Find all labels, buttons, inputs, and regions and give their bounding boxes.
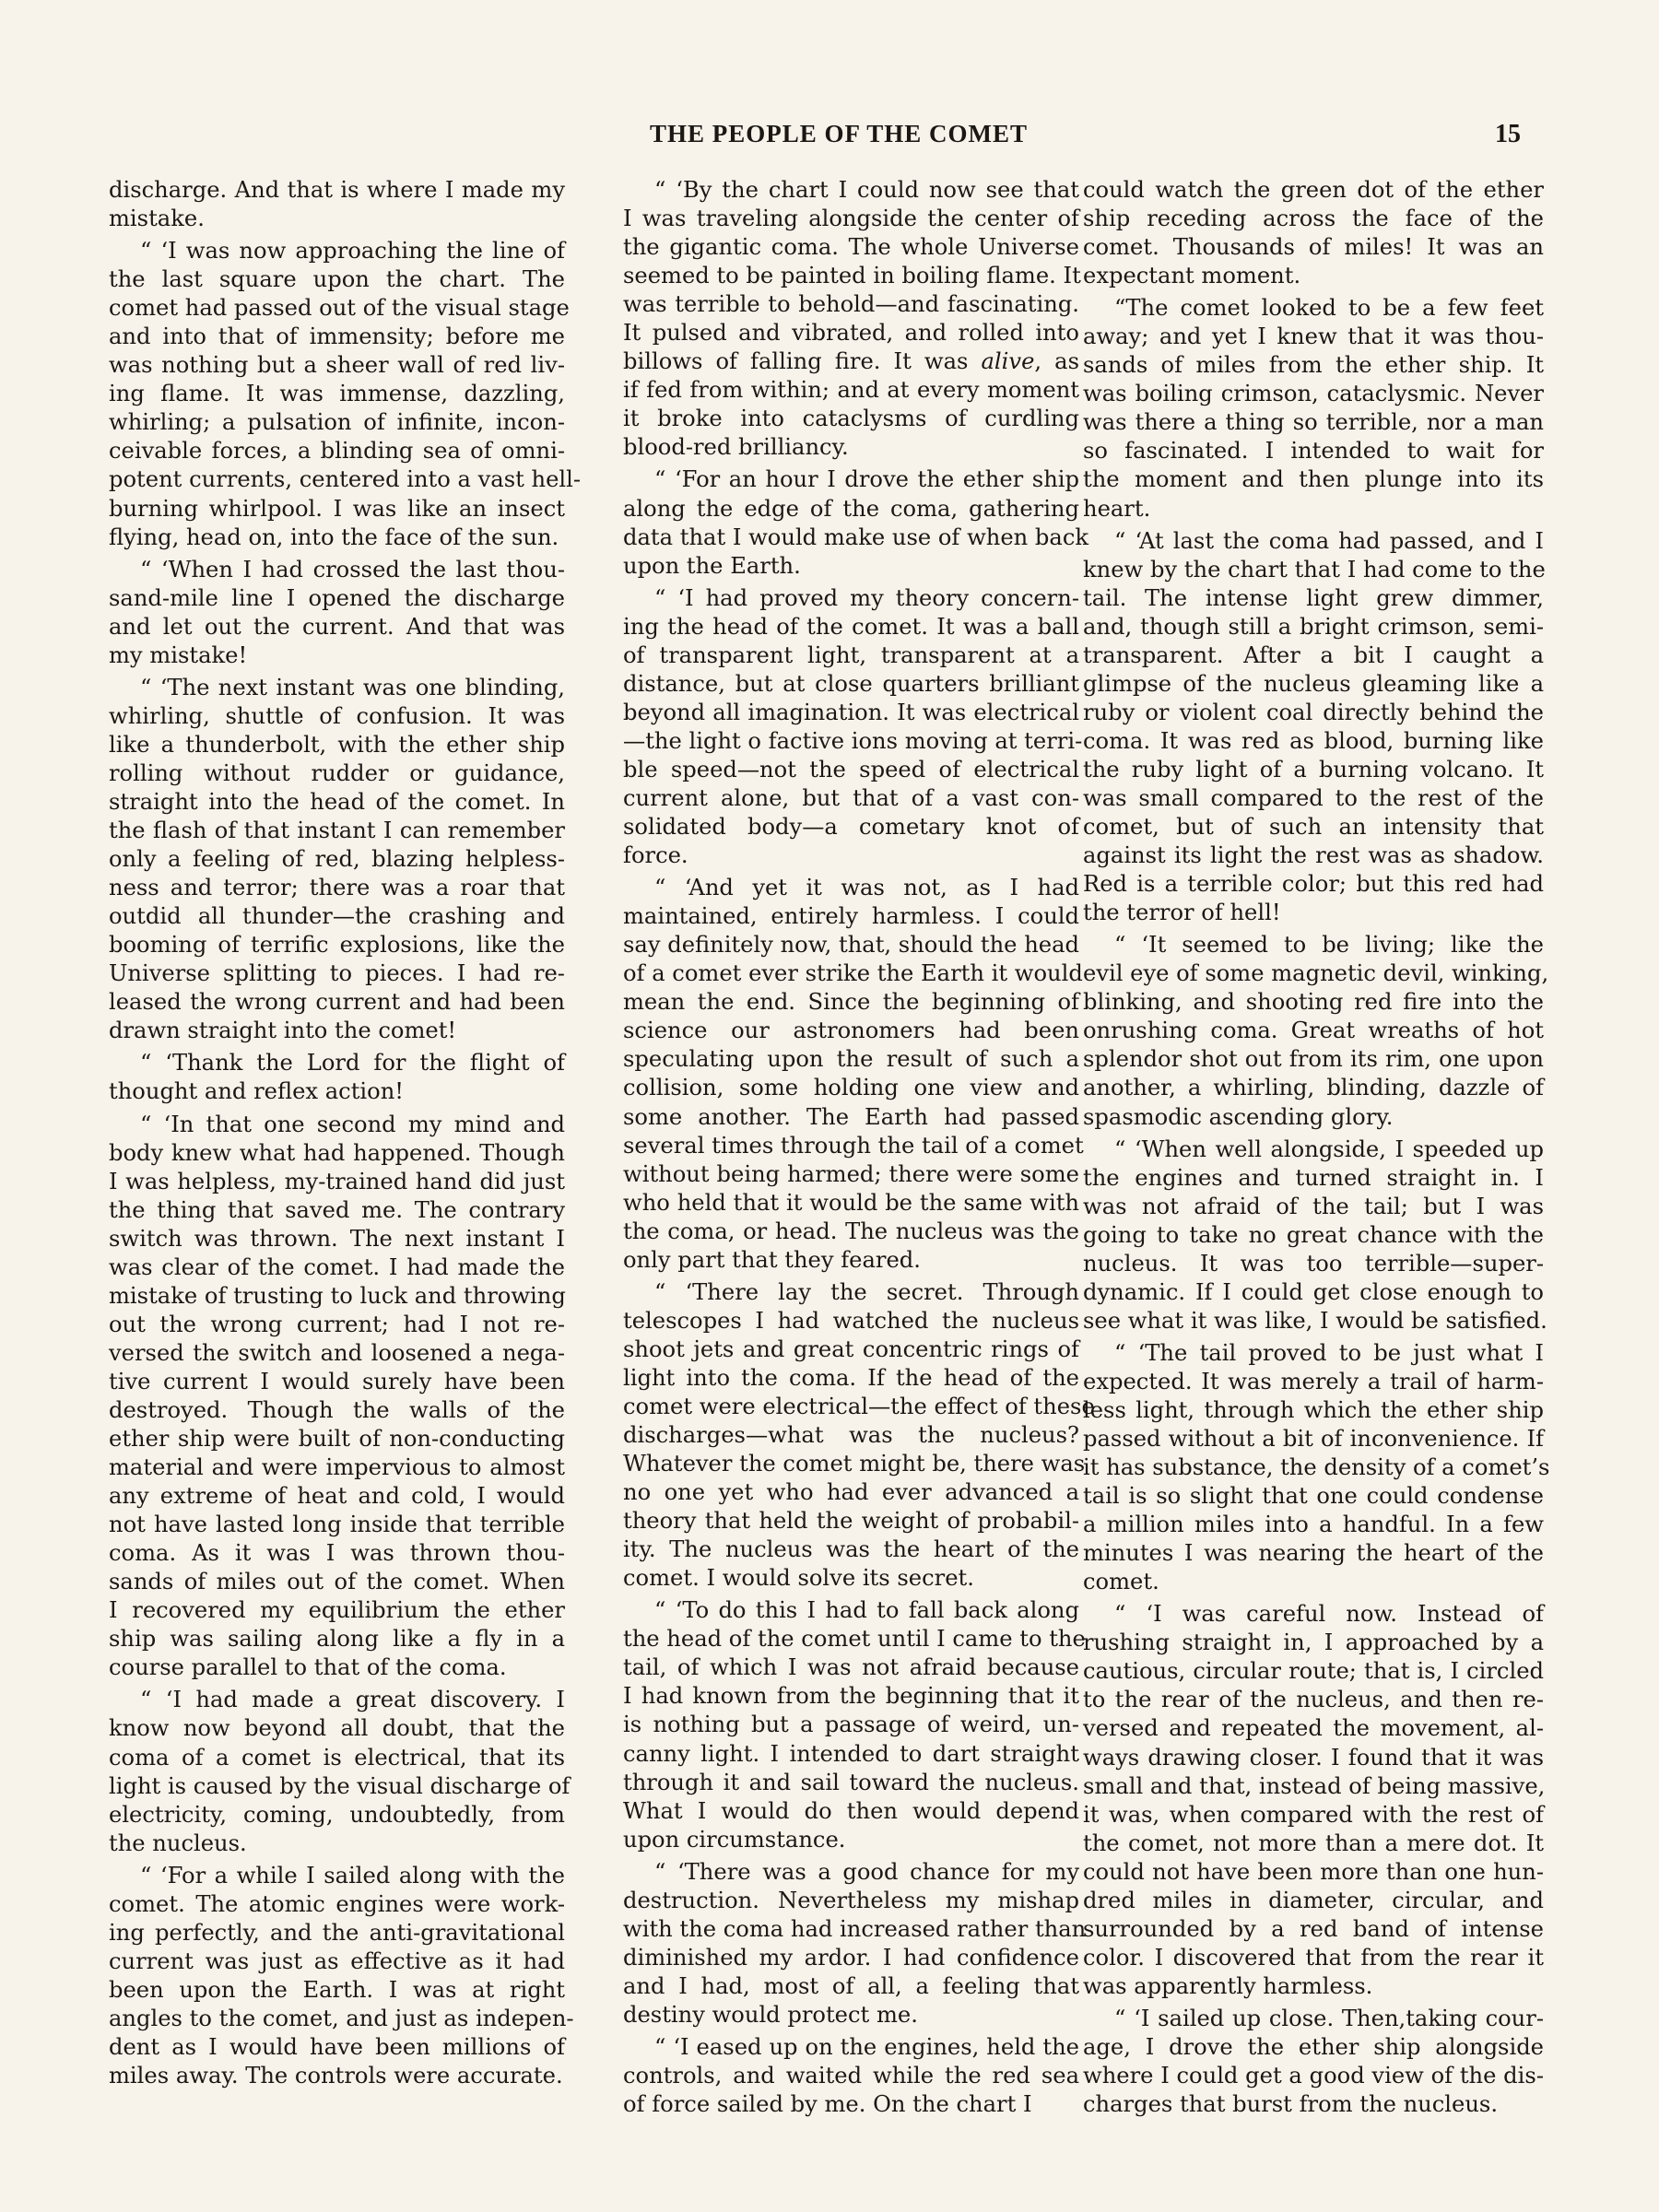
text-line: know now beyond all doubt, that the bbox=[109, 1714, 565, 1743]
text-line: any extreme of heat and cold, I would bbox=[109, 1482, 565, 1511]
text-line: comet were electrical—the effect of thes… bbox=[623, 1393, 1079, 1421]
text-line: Whatever the comet might be, there was bbox=[623, 1450, 1079, 1478]
text-line: is nothing but a passage of weird, un- bbox=[623, 1711, 1079, 1739]
text-line: light is caused by the visual discharge … bbox=[109, 1772, 565, 1801]
text-line: nucleus. It was too terrible—super- bbox=[1083, 1250, 1544, 1278]
text-line: of a comet ever strike the Earth it woul… bbox=[623, 959, 1079, 988]
text-line: was small compared to the rest of the bbox=[1083, 784, 1544, 813]
paragraph: “ ‘In that one second my mind andbody kn… bbox=[109, 1111, 565, 1683]
text-line: solidated body—a cometary knot of bbox=[623, 813, 1079, 841]
text-line: light into the coma. If the head of the bbox=[623, 1364, 1079, 1393]
text-line: passed without a bit of inconvenience. I… bbox=[1083, 1425, 1544, 1453]
text-line: the last square upon the chart. The bbox=[109, 265, 565, 294]
running-header: THE PEOPLE OF THE COMET 15 bbox=[0, 120, 1659, 157]
text-line: was boiling crimson, cataclysmic. Never bbox=[1083, 380, 1544, 408]
text-line: “ ‘I was now approaching the line of bbox=[109, 237, 565, 265]
text-line: —the light o factive ions moving at terr… bbox=[623, 727, 1079, 756]
text-line: “ ‘I was careful now. Instead of bbox=[1083, 1600, 1544, 1629]
text-line: discharges—what was the nucleus? bbox=[623, 1421, 1079, 1450]
text-line: the ruby light of a burning volcano. It bbox=[1083, 756, 1544, 784]
text-line: the gigantic coma. The whole Universe bbox=[623, 233, 1079, 262]
text-line: dynamic. If I could get close enough to bbox=[1083, 1278, 1544, 1307]
text-line: “ ‘Thank the Lord for the flight of bbox=[109, 1049, 565, 1077]
text-line: ity. The nucleus was the heart of the bbox=[623, 1535, 1079, 1564]
text-line: “ ‘For an hour I drove the ether ship bbox=[623, 465, 1079, 494]
text-line: I was traveling alongside the center of bbox=[623, 205, 1079, 233]
text-line: I was helpless, my-trained hand did just bbox=[109, 1168, 565, 1196]
text-line: blinking, and shooting red fire into the bbox=[1083, 988, 1544, 1017]
text-line: evil eye of some magnetic devil, winking… bbox=[1083, 959, 1544, 988]
text-line: tive current I would surely have been bbox=[109, 1368, 565, 1396]
text-line: was terrible to behold—and fascinating. bbox=[623, 290, 1079, 319]
text-line: comet had passed out of the visual stage bbox=[109, 294, 565, 323]
text-line: where I could get a good view of the dis… bbox=[1083, 2062, 1544, 2090]
text-line: ether ship were built of non-conducting bbox=[109, 1425, 565, 1453]
paragraph: “ ‘There was a good chance for mydestruc… bbox=[623, 1858, 1079, 2030]
text-line: beyond all imagination. It was electrica… bbox=[623, 699, 1079, 727]
text-line: it has substance, the density of a comet… bbox=[1083, 1453, 1544, 1482]
text-line: straight into the head of the comet. In bbox=[109, 788, 565, 817]
text-line: along the edge of the coma, gathering bbox=[623, 495, 1079, 524]
text-line: “ ‘The tail proved to be just what I bbox=[1083, 1339, 1544, 1368]
text-line: cautious, circular route; that is, I cir… bbox=[1083, 1657, 1544, 1686]
text-line: angles to the comet, and just as indepen… bbox=[109, 2005, 565, 2033]
text-line: upon circumstance. bbox=[623, 1826, 1079, 1854]
text-line: only a feeling of red, blazing helpless- bbox=[109, 845, 565, 874]
text-line: comet. The atomic engines were work- bbox=[109, 1890, 565, 1919]
text-line: “ ‘I sailed up close. Then,taking cour- bbox=[1083, 2005, 1544, 2033]
text-line: minutes I was nearing the heart of the bbox=[1083, 1539, 1544, 1568]
paragraph: “ ‘The next instant was one blinding,whi… bbox=[109, 674, 565, 1046]
text-line: ways drawing closer. I found that it was bbox=[1083, 1744, 1544, 1772]
text-line: distance, but at close quarters brillian… bbox=[623, 670, 1079, 699]
text-line: speculating upon the result of such a bbox=[623, 1045, 1079, 1074]
text-line: course parallel to that of the coma. bbox=[109, 1653, 565, 1682]
text-line: switch was thrown. The next instant I bbox=[109, 1225, 565, 1253]
text-line: it broke into cataclysms of curdling bbox=[623, 405, 1079, 433]
text-column-3: could watch the green dot of the ethersh… bbox=[1083, 176, 1544, 2123]
text-line: comet. Thousands of miles! It was an bbox=[1083, 233, 1544, 262]
text-line: was apparently harmless. bbox=[1083, 1972, 1544, 2001]
text-line: leased the wrong current and had been bbox=[109, 988, 565, 1017]
text-line: the engines and turned straight in. I bbox=[1083, 1164, 1544, 1193]
text-line: without being harmed; there were some bbox=[623, 1160, 1079, 1189]
text-line: spasmodic ascending glory. bbox=[1083, 1103, 1544, 1132]
paragraph: “ ‘For a while I sailed along with theco… bbox=[109, 1862, 565, 2090]
text-line: not have lasted long inside that terribl… bbox=[109, 1511, 565, 1539]
text-line: billows of falling fire. It was alive, a… bbox=[623, 347, 1079, 376]
text-line: It pulsed and vibrated, and rolled into bbox=[623, 319, 1079, 347]
text-line: outdid all thunder—the crashing and bbox=[109, 902, 565, 931]
text-line: tail, of which I was not afraid because bbox=[623, 1653, 1079, 1682]
text-line: discharge. And that is where I made my bbox=[109, 176, 565, 205]
text-line: age, I drove the ether ship alongside bbox=[1083, 2033, 1544, 2062]
text-line: booming of terrific explosions, like the bbox=[109, 931, 565, 959]
paragraph: “ ‘At last the coma had passed, and Ikne… bbox=[1083, 527, 1544, 928]
text-line: to the rear of the nucleus, and then re- bbox=[1083, 1686, 1544, 1714]
text-line: “ ‘To do this I had to fall back along bbox=[623, 1596, 1079, 1625]
text-line: it was, when compared with the rest of bbox=[1083, 1801, 1544, 1830]
paragraph: “ ‘I eased up on the engines, held theco… bbox=[623, 2033, 1079, 2119]
paragraph: “ ‘I was now approaching the line ofthe … bbox=[109, 237, 565, 552]
text-line: going to take no great chance with the bbox=[1083, 1221, 1544, 1250]
text-line: knew by the chart that I had come to the bbox=[1083, 556, 1544, 584]
text-line: against its light the rest was as shadow… bbox=[1083, 841, 1544, 870]
paragraph: “ ‘When well alongside, I speeded upthe … bbox=[1083, 1135, 1544, 1335]
text-line: some another. The Earth had passed bbox=[623, 1103, 1079, 1132]
text-line: coma of a comet is electrical, that its bbox=[109, 1744, 565, 1772]
text-line: several times through the tail of a come… bbox=[623, 1132, 1079, 1160]
text-line: a million miles into a handful. In a few bbox=[1083, 1511, 1544, 1539]
paragraph: “ ‘I sailed up close. Then,taking cour-a… bbox=[1083, 2005, 1544, 2119]
text-line: telescopes I had watched the nucleus bbox=[623, 1307, 1079, 1335]
text-line: and I had, most of all, a feeling that bbox=[623, 1972, 1079, 2001]
paragraph: “ ‘There lay the secret. Throughtelescop… bbox=[623, 1278, 1079, 1594]
text-line: “ ‘I had proved my theory concern- bbox=[623, 584, 1079, 613]
paragraph: could watch the green dot of the ethersh… bbox=[1083, 176, 1544, 290]
text-line: was not afraid of the tail; but I was bbox=[1083, 1193, 1544, 1221]
text-line: science our astronomers had been bbox=[623, 1017, 1079, 1045]
text-line: destroyed. Though the walls of the bbox=[109, 1396, 565, 1425]
text-line: ruby or violent coal directly behind the bbox=[1083, 699, 1544, 727]
text-line: tail is so slight that one could condens… bbox=[1083, 1482, 1544, 1511]
text-line: miles away. The controls were accurate. bbox=[109, 2062, 565, 2090]
text-line: destruction. Nevertheless my mishap bbox=[623, 1887, 1079, 1915]
text-line: could not have been more than one hun- bbox=[1083, 1858, 1544, 1887]
text-line: the thing that saved me. The contrary bbox=[109, 1196, 565, 1225]
text-line: upon the Earth. bbox=[623, 552, 1079, 581]
text-line: Universe splitting to pieces. I had re- bbox=[109, 959, 565, 988]
text-line: body knew what had happened. Though bbox=[109, 1139, 565, 1168]
text-line: current was just as effective as it had bbox=[109, 1947, 565, 1976]
text-line: mistake. bbox=[109, 205, 565, 233]
text-line: with the coma had increased rather than bbox=[623, 1915, 1079, 1944]
text-line: charges that burst from the nucleus. bbox=[1083, 2090, 1544, 2119]
text-line: the terror of hell! bbox=[1083, 899, 1544, 927]
text-line: see what it was like, I would be satisfi… bbox=[1083, 1307, 1544, 1335]
text-line: of transparent light, transparent at a bbox=[623, 641, 1079, 670]
text-line: force. bbox=[623, 841, 1079, 870]
running-title: THE PEOPLE OF THE COMET bbox=[608, 120, 1069, 148]
text-line: ble speed—not the speed of electrical bbox=[623, 756, 1079, 784]
text-line: and, though still a bright crimson, semi… bbox=[1083, 613, 1544, 641]
text-line: “ ‘There was a good chance for my bbox=[623, 1858, 1079, 1887]
text-line: the coma, or head. The nucleus was the bbox=[623, 1218, 1079, 1246]
text-line: was nothing but a sheer wall of red liv- bbox=[109, 351, 565, 380]
paragraph: “ ‘When I had crossed the last thou-sand… bbox=[109, 556, 565, 670]
text-line: the nucleus. bbox=[109, 1830, 565, 1858]
text-line: “ ‘There lay the secret. Through bbox=[623, 1278, 1079, 1307]
text-line: glimpse of the nucleus gleaming like a bbox=[1083, 670, 1544, 699]
text-line: no one yet who had ever advanced a bbox=[623, 1478, 1079, 1507]
text-line: mistake of trusting to luck and throwing bbox=[109, 1282, 565, 1311]
text-line: ship was sailing along like a fly in a bbox=[109, 1625, 565, 1653]
text-line: destiny would protect me. bbox=[623, 2001, 1079, 2030]
text-line: I recovered my equilibrium the ether bbox=[109, 1596, 565, 1625]
text-line: ceivable forces, a blinding sea of omni- bbox=[109, 437, 565, 465]
text-line: less light, through which the ether ship bbox=[1083, 1396, 1544, 1425]
text-line: heart. bbox=[1083, 495, 1544, 524]
text-line: so fascinated. I intended to wait for bbox=[1083, 437, 1544, 465]
text-line: whirling; a pulsation of infinite, incon… bbox=[109, 408, 565, 437]
text-line: collision, some holding one view and bbox=[623, 1074, 1079, 1102]
paragraph: “ ‘And yet it was not, as I hadmaintaine… bbox=[623, 874, 1079, 1275]
text-line: if fed from within; and at every moment bbox=[623, 376, 1079, 405]
text-line: canny light. I intended to dart straight bbox=[623, 1740, 1079, 1769]
text-line: tail. The intense light grew dimmer, bbox=[1083, 584, 1544, 613]
text-column-2: “ ‘By the chart I could now see thatI wa… bbox=[623, 176, 1079, 2123]
text-line: dred miles in diameter, circular, and bbox=[1083, 1887, 1544, 1915]
text-line: dent as I would have been millions of bbox=[109, 2033, 565, 2062]
text-column-1: discharge. And that is where I made mymi… bbox=[109, 176, 565, 2094]
text-line: mean the end. Since the beginning of bbox=[623, 988, 1079, 1017]
text-line: “ ‘When I had crossed the last thou- bbox=[109, 556, 565, 584]
text-line: thought and reflex action! bbox=[109, 1077, 565, 1106]
text-line: data that I would make use of when back bbox=[623, 524, 1079, 552]
text-line: shoot jets and great concentric rings of bbox=[623, 1335, 1079, 1364]
text-line: controls, and waited while the red sea bbox=[623, 2062, 1079, 2090]
paragraph: “The comet looked to be a few feetaway; … bbox=[1083, 294, 1544, 523]
text-line: another, a whirling, blinding, dazzle of bbox=[1083, 1074, 1544, 1102]
text-line: expectant moment. bbox=[1083, 262, 1544, 290]
text-line: versed the switch and loosened a nega- bbox=[109, 1339, 565, 1368]
text-line: the head of the comet until I came to th… bbox=[623, 1625, 1079, 1653]
text-line: the flash of that instant I can remember bbox=[109, 817, 565, 845]
text-line: seemed to be painted in boiling flame. I… bbox=[623, 262, 1079, 290]
text-line: transparent. After a bit I caught a bbox=[1083, 641, 1544, 670]
text-line: coma. It was red as blood, burning like bbox=[1083, 727, 1544, 756]
text-line: the comet, not more than a mere dot. It bbox=[1083, 1830, 1544, 1858]
text-line: ing the head of the comet. It was a ball bbox=[623, 613, 1079, 641]
text-line: burning whirlpool. I was like an insect bbox=[109, 495, 565, 524]
text-line: ing perfectly, and the anti-gravitationa… bbox=[109, 1919, 565, 1947]
paragraph: “ ‘It seemed to be living; like theevil … bbox=[1083, 931, 1544, 1131]
paragraph: “ ‘I was careful now. Instead ofrushing … bbox=[1083, 1600, 1544, 2001]
text-line: ship receding across the face of the bbox=[1083, 205, 1544, 233]
text-line: comet. I would solve its secret. bbox=[623, 1564, 1079, 1593]
text-line: sands of miles from the ether ship. It bbox=[1083, 351, 1544, 380]
text-line: ing flame. It was immense, dazzling, bbox=[109, 380, 565, 408]
text-line: small and that, instead of being massive… bbox=[1083, 1772, 1544, 1801]
text-line: “ ‘The next instant was one blinding, bbox=[109, 674, 565, 702]
text-line: What I would do then would depend bbox=[623, 1797, 1079, 1826]
text-line: “ ‘And yet it was not, as I had bbox=[623, 874, 1079, 902]
text-line: drawn straight into the comet! bbox=[109, 1017, 565, 1045]
text-line: expected. It was merely a trail of harm- bbox=[1083, 1368, 1544, 1396]
text-line: rolling without rudder or guidance, bbox=[109, 759, 565, 788]
text-line: rushing straight in, I approached by a bbox=[1083, 1629, 1544, 1657]
text-line: who held that it would be the same with bbox=[623, 1189, 1079, 1218]
text-line: was there a thing so terrible, nor a man bbox=[1083, 408, 1544, 437]
text-line: only part that they feared. bbox=[623, 1246, 1079, 1275]
text-line: ness and terror; there was a roar that bbox=[109, 874, 565, 902]
text-line: of force sailed by me. On the chart I bbox=[623, 2090, 1079, 2119]
text-line: current alone, but that of a vast con- bbox=[623, 784, 1079, 813]
text-line: Red is a terrible color; but this red ha… bbox=[1083, 870, 1544, 899]
text-line: color. I discovered that from the rear i… bbox=[1083, 1944, 1544, 1972]
text-line: “ ‘It seemed to be living; like the bbox=[1083, 931, 1544, 959]
text-line: onrushing coma. Great wreaths of hot bbox=[1083, 1017, 1544, 1045]
text-line: “ ‘I eased up on the engines, held the bbox=[623, 2033, 1079, 2062]
text-line: diminished my ardor. I had confidence bbox=[623, 1944, 1079, 1972]
text-line: and into that of immensity; before me bbox=[109, 323, 565, 351]
page-number: 15 bbox=[1495, 120, 1521, 149]
paragraph: “ ‘To do this I had to fall back alongth… bbox=[623, 1596, 1079, 1853]
text-line: splendor shot out from its rim, one upon bbox=[1083, 1045, 1544, 1074]
text-line: out the wrong current; had I not re- bbox=[109, 1311, 565, 1339]
paragraph: “ ‘For an hour I drove the ether shipalo… bbox=[623, 465, 1079, 580]
text-line: whirling, shuttle of confusion. It was bbox=[109, 702, 565, 731]
text-line: blood-red brilliancy. bbox=[623, 433, 1079, 462]
text-line: coma. As it was I was thrown thou- bbox=[109, 1539, 565, 1568]
text-line: I had known from the beginning that it bbox=[623, 1682, 1079, 1711]
text-line: material and were impervious to almost bbox=[109, 1453, 565, 1482]
text-line: “The comet looked to be a few feet bbox=[1083, 294, 1544, 323]
text-line: “ ‘I had made a great discovery. I bbox=[109, 1686, 565, 1714]
text-line: could watch the green dot of the ether bbox=[1083, 176, 1544, 205]
paragraph: “ ‘I had proved my theory concern-ing th… bbox=[623, 584, 1079, 870]
text-line: “ ‘At last the coma had passed, and I bbox=[1083, 527, 1544, 556]
text-line: comet. bbox=[1083, 1568, 1544, 1596]
text-line: “ ‘In that one second my mind and bbox=[109, 1111, 565, 1139]
text-line: “ ‘When well alongside, I speeded up bbox=[1083, 1135, 1544, 1164]
text-line: and let out the current. And that was bbox=[109, 613, 565, 641]
text-line: electricity, coming, undoubtedly, from bbox=[109, 1801, 565, 1830]
text-line: comet, but of such an intensity that bbox=[1083, 813, 1544, 841]
text-line: versed and repeated the movement, al- bbox=[1083, 1714, 1544, 1743]
paragraph: “ ‘I had made a great discovery. Iknow n… bbox=[109, 1686, 565, 1857]
text-line: maintained, entirely harmless. I could bbox=[623, 902, 1079, 931]
text-line: theory that held the weight of probabil- bbox=[623, 1507, 1079, 1535]
text-line: away; and yet I knew that it was thou- bbox=[1083, 323, 1544, 351]
text-line: “ ‘For a while I sailed along with the bbox=[109, 1862, 565, 1890]
paragraph: “ ‘By the chart I could now see thatI wa… bbox=[623, 176, 1079, 462]
paragraph: “ ‘The tail proved to be just what Iexpe… bbox=[1083, 1339, 1544, 1596]
text-line: was clear of the comet. I had made the bbox=[109, 1253, 565, 1282]
text-line: surrounded by a red band of intense bbox=[1083, 1915, 1544, 1944]
text-line: the moment and then plunge into its bbox=[1083, 465, 1544, 494]
paragraph: “ ‘Thank the Lord for the flight ofthoug… bbox=[109, 1049, 565, 1106]
text-line: “ ‘By the chart I could now see that bbox=[623, 176, 1079, 205]
text-line: sands of miles out of the comet. When bbox=[109, 1568, 565, 1596]
text-line: through it and sail toward the nucleus. bbox=[623, 1769, 1079, 1797]
text-line: flying, head on, into the face of the su… bbox=[109, 524, 565, 552]
text-line: sand-mile line I opened the discharge bbox=[109, 584, 565, 613]
paragraph: discharge. And that is where I made mymi… bbox=[109, 176, 565, 233]
text-line: like a thunderbolt, with the ether ship bbox=[109, 731, 565, 759]
text-line: potent currents, centered into a vast he… bbox=[109, 465, 565, 494]
text-line: been upon the Earth. I was at right bbox=[109, 1976, 565, 2005]
text-line: say definitely now, that, should the hea… bbox=[623, 931, 1079, 959]
text-line: my mistake! bbox=[109, 641, 565, 670]
